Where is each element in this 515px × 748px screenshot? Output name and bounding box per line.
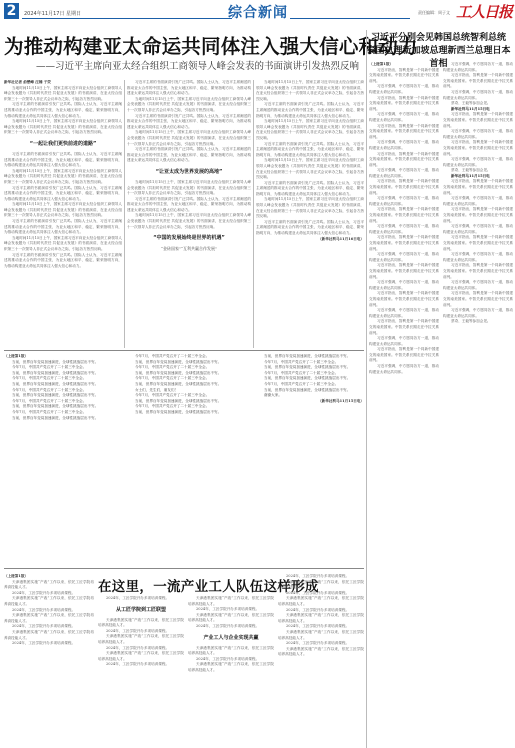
paragraph: 习近平指出，智利是第一个同新中国建交的南美国家。中智关系长期走在中拉关系前列。 — [369, 235, 439, 252]
issue-date: 2024年11月17日 星期日 — [24, 10, 81, 17]
paragraph: 当地时间11月15日上午，国家主席习近平向亚太经合组织工商领导人峰会发表题为《共… — [256, 197, 364, 219]
paragraph: 当前，世界百年变局加速演进，全球性挑战层出不穷。 — [256, 365, 364, 371]
paragraph: 习近平主席的书面演讲引发广泛共鸣。国际人士认为，习近平主席阐述的推动亚太合作的中… — [127, 197, 251, 214]
paragraph: 习近平强调，中方愿同各方一道，推动构建亚太命运共同体。 — [443, 196, 513, 207]
paragraph: 当地时间11月15日上午，国家主席习近平向亚太经合组织工商领导人峰会发表题为《共… — [256, 158, 364, 180]
masthead-logo: 工人日报 — [456, 1, 512, 22]
paragraph: 天津港集团实施“产改”工作以来，依托工匠学院培养高技能人才。 — [278, 647, 364, 658]
paragraph: 习近平强调，中方愿同各方一道，推动构建亚太命运共同体。 — [443, 252, 513, 263]
paragraph: 当地时间11月15日上午，国家主席习近平向亚太经合组织工商领导人峰会发表题为《共… — [127, 130, 251, 147]
paragraph: 天津港集团实施“产改”工作以来，依托工匠学院培养高技能人才。 — [4, 580, 94, 591]
paragraph: 习近平强调，中方愿同各方一道，推动构建亚太命运共同体。 — [369, 196, 439, 207]
paragraph: 当地时间11月15日上午，国家主席习近平向亚太经合组织工商领导人峰会发表题为《共… — [4, 86, 122, 103]
paragraph: 习近平主席的书面演讲引发广泛共鸣。国际人士认为，习近平主席阐述的推动亚太合作的中… — [4, 186, 122, 203]
paragraph: 习近平强调，中方愿同各方一道，推动构建亚太命运共同体。 — [369, 252, 439, 263]
paragraph: 蔡奇、王毅等参加会见。 — [443, 319, 513, 325]
speech-column-3: 当前，世界百年变局加速演进，全球性挑战层出不穷。 今年7月，中国共产党召开了二十… — [256, 354, 364, 564]
lead-headline: 为推动构建亚太命运共同体注入强大信心和动力 — [4, 31, 364, 59]
paragraph: 天津港集团实施“产改”工作以来，依托工匠学院培养高技能人才。 — [188, 613, 274, 624]
column-divider — [253, 80, 254, 348]
side-column-1: （上接第1版） 习近平指出，智利是第一个同新中国建交的南美国家。中智关系长期走在… — [369, 62, 439, 748]
paragraph: 习近平指出，智利是第一个同新中国建交的南美国家。中智关系长期走在中拉关系前列。 — [443, 73, 513, 90]
paragraph: 习近平主席的书面演讲引发广泛共鸣。国际人士认为，习近平主席阐述的推动亚太合作的中… — [127, 147, 251, 164]
paragraph: 当地时间11月15日上午，国家主席习近平向亚太经合组织工商领导人峰会发表题为《共… — [4, 119, 122, 136]
paragraph: 习近平指出，智利是第一个同新中国建交的南美国家。中智关系长期走在中拉关系前列。 — [443, 263, 513, 280]
paragraph: 习近平强调，中方愿同各方一道，推动构建亚太命运共同体。 — [369, 308, 439, 319]
paragraph: 习近平主席的书面演讲引发广泛共鸣。国际人士认为，习近平主席阐述的推动亚太合作的中… — [4, 253, 122, 270]
paragraph: 习近平强调，中方愿同各方一道，推动构建亚太命运共同体。 — [443, 62, 513, 73]
paragraph: 天津港集团实施“产改”工作以来，依托工匠学院培养高技能人才。 — [278, 580, 364, 591]
paragraph: 当地时间11月15日上午，国家主席习近平向亚太经合组织工商领导人峰会发表题为《共… — [4, 236, 122, 253]
paragraph: 习近平主席的书面演讲引发广泛共鸣。国际人士认为，习近平主席阐述的推动亚太合作的中… — [256, 181, 364, 198]
paragraph: 2024年，工匠学院开办多项培训课程。 — [188, 624, 274, 630]
paragraph: 当地时间11月15日上午，国家主席习近平向亚太经合组织工商领导人峰会发表题为《共… — [256, 80, 364, 102]
paragraph: 当地时间11月15日上午，国家主席习近平向亚太经合组织工商领导人峰会发表题为《共… — [4, 169, 122, 186]
lead-column-2: 习近平主席的书面演讲引发广泛共鸣。国际人士认为，习近平主席阐述的推动亚太合作的中… — [127, 80, 251, 350]
paragraph: 习近平强调，中方愿同各方一道，推动构建亚太命运共同体。 — [443, 90, 513, 101]
paragraph: 当地时间11月15日上午，国家主席习近平向亚太经合组织工商领导人峰会发表题为《共… — [4, 202, 122, 219]
page-number: 2 — [4, 3, 19, 19]
bottom-column-3: 天津港集团实施“产改”工作以来，依托工匠学院培养高技能人才。 2024年，工匠学… — [188, 596, 274, 748]
paragraph: 当前，世界百年变局加速演进，全球性挑战层出不穷。 — [256, 354, 364, 360]
speech-column-2: 今年7月，中国共产党召开了二十届三中全会。 当前，世界百年变局加速演进，全球性挑… — [127, 354, 251, 564]
paragraph: 习近平强调，中方愿同各方一道，推动构建亚太命运共同体。 — [443, 157, 513, 168]
paragraph: 习近平指出，智利是第一个同新中国建交的南美国家。中智关系长期走在中拉关系前列。 — [369, 179, 439, 196]
paragraph: 习近平强调，中方愿同各方一道，推动构建亚太命运共同体。 — [369, 112, 439, 123]
article-credit: （新华社利马11月15日电） — [256, 399, 364, 405]
subheading: 产业工人与企业实现共赢 — [188, 635, 274, 642]
subheading: “中国的发展始终是世界的机遇” — [127, 235, 251, 242]
subheading: “让亚太成为世界发展的高地” — [127, 169, 251, 176]
paragraph: 习近平主席的书面演讲引发广泛共鸣。国际人士认为，习近平主席阐述的推动亚太合作的中… — [127, 80, 251, 97]
paragraph: 习近平强调，中方愿同各方一道，推动构建亚太命运共同体。 — [369, 168, 439, 179]
section-name: 综合新闻 — [228, 2, 288, 22]
paragraph: 习近平指出，智利是第一个同新中国建交的南美国家。中智关系长期走在中拉关系前列。 — [443, 140, 513, 157]
paragraph: 当前，世界百年变局加速演进，全球性挑战层出不穷。 — [127, 410, 251, 416]
paragraph: 天津港集团实施“产改”工作以来，依托工匠学院培养高技能人才。 — [278, 613, 364, 624]
column-divider — [366, 30, 367, 748]
paragraph: 当地时间11月15日上午，国家主席习近平向亚太经合组织工商领导人峰会发表题为《共… — [256, 119, 364, 141]
paragraph: 2024年，工匠学院开办多项培训课程。 — [4, 641, 94, 647]
lead-column-1: 新华社记者 俞懋峰 汪楠 于荧 当地时间11月15日上午，国家主席习近平向亚太经… — [4, 80, 122, 350]
paragraph: 习近平强调，中方愿同各方一道，推动构建亚太命运共同体。 — [443, 280, 513, 291]
paragraph: 习近平指出，智利是第一个同新中国建交的南美国家。中智关系长期走在中拉关系前列。 — [443, 112, 513, 129]
subheading: “一起让我们更快前进的道路” — [4, 141, 122, 148]
column-divider — [124, 80, 125, 348]
paragraph: 习近平主席的书面演讲引发广泛共鸣。国际人士认为，习近平主席阐述的推动亚太合作的中… — [256, 220, 364, 237]
speech-column-1: （上接第1版） 当前，世界百年变局加速演进，全球性挑战层出不穷。 今年7月，中国… — [4, 354, 122, 564]
paragraph: 习近平指出，智利是第一个同新中国建交的南美国家。中智关系长期走在中拉关系前列。 — [369, 263, 439, 280]
paragraph: 天津港集团实施“产改”工作以来，依托工匠学院培养高技能人才。 — [188, 662, 274, 673]
paragraph: 习近平主席的书面演讲引发广泛共鸣。国际人士认为，习近平主席阐述的推动亚太合作的中… — [4, 102, 122, 119]
section-divider — [4, 350, 364, 351]
subheading-note: “金砖国家”“互利共赢合作发展” — [127, 246, 251, 252]
lead-subheadline: ——习近平主席向亚太经合组织工商领导人峰会发表的书面演讲引发热烈反响 — [36, 58, 359, 72]
paragraph: 习近平指出，智利是第一个同新中国建交的南美国家。中智关系长期走在中拉关系前列。 — [369, 124, 439, 141]
paragraph: 习近平强调，中方愿同各方一道，推动构建亚太命运共同体。 — [369, 140, 439, 151]
paragraph: 当前，世界百年变局加速演进，全球性挑战层出不穷。 — [4, 416, 122, 422]
paragraph: 习近平指出，智利是第一个同新中国建交的南美国家。中智关系长期走在中拉关系前列。 — [369, 347, 439, 364]
paragraph: 习近平指出，智利是第一个同新中国建交的南美国家。中智关系长期走在中拉关系前列。 — [443, 207, 513, 224]
paragraph: 习近平指出，智利是第一个同新中国建交的南美国家。中智关系长期走在中拉关系前列。 — [369, 291, 439, 308]
paragraph: 天津港集团实施“产改”工作以来，依托工匠学院培养高技能人才。 — [4, 613, 94, 624]
paragraph: 天津港集团实施“产改”工作以来，依托工匠学院培养高技能人才。 — [278, 596, 364, 607]
lead-column-3: 当地时间11月15日上午，国家主席习近平向亚太经合组织工商领导人峰会发表题为《共… — [256, 80, 364, 350]
paragraph: 习近平指出，智利是第一个同新中国建交的南美国家。中智关系长期走在中拉关系前列。 — [369, 96, 439, 113]
bottom-column-2: 2024年，工匠学院开办多项培训课程。 从工匠学院到工匠联盟 天津港集团实施“产… — [98, 596, 184, 748]
section-divider — [4, 568, 364, 569]
paragraph: 天津港集团实施“产改”工作以来，依托工匠学院培养高技能人才。 — [98, 651, 184, 662]
paragraph: 习近平指出，智利是第一个同新中国建交的南美国家。中智关系长期走在中拉关系前列。 — [369, 319, 439, 336]
paragraph: 习近平强调，中方愿同各方一道，推动构建亚太命运共同体。 — [369, 224, 439, 235]
paragraph: 2024年，工匠学院开办多项培训课程。 — [98, 596, 184, 602]
page-header: 2 2024年11月17日 星期日 综合新闻 责任编辑：周子文 工人日报 — [0, 0, 515, 24]
header-rule — [290, 18, 410, 19]
paragraph: 当地时间11月15日上午，国家主席习近平向亚太经合组织工商领导人峰会发表题为《共… — [127, 97, 251, 114]
editor-credit: 责任编辑：周子文 — [418, 10, 450, 16]
paragraph: 习近平指出，智利是第一个同新中国建交的南美国家。中智关系长期走在中拉关系前列。 — [443, 291, 513, 308]
paragraph: 当地时间11月15日上午，国家主席习近平向亚太经合组织工商领导人峰会发表题为《共… — [127, 180, 251, 197]
dateline: 新华社利马11月15日电 — [451, 174, 490, 178]
paragraph: 天津港集团实施“产改”工作以来，依托工匠学院培养高技能人才。 — [4, 630, 94, 641]
bottom-column-1: （上接第1版） 天津港集团实施“产改”工作以来，依托工匠学院培养高技能人才。 2… — [4, 574, 94, 748]
paragraph: 习近平主席的书面演讲引发广泛共鸣。国际人士认为，习近平主席阐述的推动亚太合作的中… — [256, 142, 364, 159]
paragraph: 习近平强调，中方愿同各方一道，推动构建亚太命运共同体。 — [369, 280, 439, 291]
paragraph: 习近平强调，中方愿同各方一道，推动构建亚太命运共同体。 — [443, 308, 513, 319]
subheading: 从工匠学院到工匠联盟 — [98, 607, 184, 614]
paragraph: 天津港集团实施“产改”工作以来，依托工匠学院培养高技能人才。 — [188, 596, 274, 607]
paragraph: 习近平强调，中方愿同各方一道，推动构建亚太命运共同体。 — [369, 364, 439, 375]
paragraph: 2024年，工匠学院开办多项培训课程。 — [98, 662, 184, 668]
paragraph: 习近平指出，智利是第一个同新中国建交的南美国家。中智关系长期走在中拉关系前列。 — [443, 235, 513, 252]
paragraph: 习近平指出，智利是第一个同新中国建交的南美国家。中智关系长期走在中拉关系前列。 — [369, 207, 439, 224]
bottom-column-4: 2024年，工匠学院开办多项培训课程。 天津港集团实施“产改”工作以来，依托工匠… — [278, 574, 364, 748]
paragraph: 天津港集团实施“产改”工作以来，依托工匠学院培养高技能人才。 — [4, 596, 94, 607]
paragraph: 习近平主席的书面演讲引发广泛共鸣。国际人士认为，习近平主席阐述的推动亚太合作的中… — [256, 102, 364, 119]
paragraph: 当地时间11月15日上午，国家主席习近平向亚太经合组织工商领导人峰会发表题为《共… — [127, 213, 251, 230]
paragraph: 习近平主席的书面演讲引发广泛共鸣。国际人士认为，习近平主席阐述的推动亚太合作的中… — [127, 114, 251, 131]
paragraph: 天津港集团实施“产改”工作以来，依托工匠学院培养高技能人才。 — [98, 618, 184, 629]
paragraph: 天津港集团实施“产改”工作以来，依托工匠学院培养高技能人才。 — [98, 634, 184, 645]
paragraph: 习近平强调，中方愿同各方一道，推动构建亚太命运共同体。 — [369, 336, 439, 347]
paragraph: 习近平指出，智利是第一个同新中国建交的南美国家。中智关系长期走在中拉关系前列。 — [369, 152, 439, 169]
header-rule — [22, 18, 232, 19]
paragraph: 天津港集团实施“产改”工作以来，依托工匠学院培养高技能人才。 — [278, 630, 364, 641]
paragraph: 习近平指出，智利是第一个同新中国建交的南美国家。中智关系长期走在中拉关系前列。 — [443, 179, 513, 196]
paragraph: 习近平主席的书面演讲引发广泛共鸣。国际人士认为，习近平主席阐述的推动亚太合作的中… — [4, 152, 122, 169]
side-column-2: 习近平强调，中方愿同各方一道，推动构建亚太命运共同体。 习近平指出，智利是第一个… — [443, 62, 513, 748]
paragraph: 习近平主席的书面演讲引发广泛共鸣。国际人士认为，习近平主席阐述的推动亚太合作的中… — [4, 219, 122, 236]
paragraph: 习近平指出，智利是第一个同新中国建交的南美国家。中智关系长期走在中拉关系前列。 — [369, 68, 439, 85]
paragraph: 习近平强调，中方愿同各方一道，推动构建亚太命运共同体。 — [369, 84, 439, 95]
paragraph: 天津港集团实施“产改”工作以来，依托工匠学院培养高技能人才。 — [188, 646, 274, 657]
paragraph: 习近平强调，中方愿同各方一道，推动构建亚太命运共同体。 — [443, 129, 513, 140]
dateline: 新华社利马11月15日电 — [451, 107, 490, 111]
article-credit: （新华社利马11月16日电） — [256, 237, 364, 243]
paragraph: 习近平强调，中方愿同各方一道，推动构建亚太命运共同体。 — [443, 224, 513, 235]
